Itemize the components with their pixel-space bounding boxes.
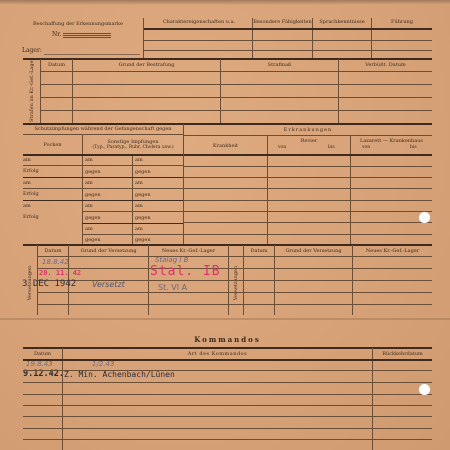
punish-row-line <box>40 97 432 98</box>
commandos-header-rule <box>23 359 432 361</box>
transfer-date-handwritten: 18.8.42 <box>42 258 69 266</box>
commandos-row-line <box>23 382 432 383</box>
illness-header-rule <box>184 154 432 156</box>
illness-divider <box>350 135 351 244</box>
vacc-header-rule <box>23 154 183 156</box>
commandos-title: Kommandos <box>23 337 432 343</box>
punish-divider <box>40 59 41 124</box>
transfer-date-red-stamp: 20. 11. 42 <box>39 269 81 277</box>
camp-dotted-line <box>44 54 140 55</box>
punish-side-label: Strafen im Kr.-Gef.-Lager <box>29 62 35 122</box>
transfer-right-col-reason: Grund der Versetzung <box>275 248 352 254</box>
transfer-camp-new: St. VI A <box>158 283 187 292</box>
col-character-label: Charaktereigenschaften u.a. <box>146 19 252 25</box>
col-abilities-label: Besondere Fähigkeiten <box>253 19 312 25</box>
illness-row-line <box>184 234 432 235</box>
card-fold-line <box>0 318 450 320</box>
illness-row-line <box>184 188 432 189</box>
col-penalty-label: Strafmaß <box>221 62 338 68</box>
vacc-am-2b: am <box>85 180 93 186</box>
transfer-date-stamp: 3 DEC 1942 <box>22 279 76 289</box>
punch-hole <box>419 212 430 223</box>
camp-label: Lager: <box>22 48 42 54</box>
transfer-camp-handwritten: Stalag I B <box>155 256 188 264</box>
commandos-row-line <box>23 394 432 395</box>
punish-row-line <box>40 84 432 85</box>
vacc-row-line <box>23 188 183 189</box>
vacc-am-2c: am <box>135 180 143 186</box>
vacc-gegen-3c: gegen <box>135 215 151 221</box>
vacc-am-3b: am <box>85 203 93 209</box>
tag-nr-label: Nr. <box>52 32 61 38</box>
commando-note-handwritten: 1/2.43 <box>92 360 114 368</box>
vacc-gegen-2c: gegen <box>135 192 151 198</box>
commandos-col-kind: Art des Kommandos <box>63 351 372 357</box>
punish-row-line <box>40 110 432 111</box>
vacc-gegen-1c: gegen <box>135 169 151 175</box>
commandos-row-line <box>23 370 432 371</box>
transfers-right-side-label: Versetzungen <box>233 258 239 308</box>
vacc-row-line <box>82 223 183 224</box>
transfer-row-line <box>37 304 432 305</box>
col-languages-label: Sprachkenntnisse <box>313 19 371 25</box>
punch-hole <box>419 384 430 395</box>
punish-row-line <box>40 71 432 72</box>
transfer-row-line <box>37 292 432 293</box>
vacc-am-4c: am <box>135 226 143 232</box>
section-rule <box>23 58 432 60</box>
header-divider <box>143 18 144 58</box>
col-sickbay-to: bis <box>328 145 335 151</box>
col-sickbay-from: von <box>278 145 286 151</box>
index-card: Beschaffung der Erkennungsmarke Nr. Lage… <box>0 0 450 450</box>
nr-line <box>63 35 111 36</box>
col-hospital-from: von <box>362 145 370 151</box>
header-rule <box>144 28 432 30</box>
col-hospital-to: bis <box>410 145 417 151</box>
transfer-camp-stamp: Stal. IB <box>150 264 221 279</box>
vacc-am-3: am <box>23 203 31 209</box>
col-other-sub-label: (Typ., Paratyp., Ruhr, Cholera usw.) <box>83 145 183 151</box>
vacc-row-line <box>82 234 183 235</box>
col-reason-label: Grund der Bestrafung <box>73 62 220 68</box>
vacc-erfolg-3: Erfolg <box>23 214 39 220</box>
col-conduct-label: Führung <box>372 19 432 25</box>
vacc-am-3c: am <box>135 203 143 209</box>
nr-line <box>63 33 111 34</box>
illness-row-line <box>184 211 432 212</box>
col-sickbay-label: Revier <box>268 138 350 144</box>
punish-divider <box>72 59 73 124</box>
commando-kind: Z. Min. Achenbach/Lünen <box>64 370 175 379</box>
vacc-gegen-2b: gegen <box>85 192 101 198</box>
commandos-col-date: Datum <box>23 351 62 357</box>
punish-divider <box>338 59 339 124</box>
transfer-right-col-date: Datum <box>244 248 274 254</box>
col-illness-label: Krankheit <box>184 143 267 149</box>
header-row-line <box>144 50 432 51</box>
vacc-row-line <box>23 177 183 178</box>
vacc-am-1c: am <box>135 157 143 163</box>
vacc-gegen-4b: gegen <box>85 237 101 243</box>
vacc-gegen-4c: gegen <box>135 237 151 243</box>
transfer-col-camp: Neues Kr.-Gef.-Lager <box>149 248 228 254</box>
commandos-divider <box>372 348 373 450</box>
vacc-row-line <box>23 200 183 201</box>
illnesses-title: Erkrankungen <box>184 127 432 133</box>
vacc-am-1: am <box>23 157 31 163</box>
transfer-col-reason: Grund der Versetzung <box>69 248 148 254</box>
vacc-divider <box>183 124 184 244</box>
illness-row-line <box>184 166 432 167</box>
transfer-reason: Versetzt <box>92 280 125 289</box>
col-date-label: Datum <box>41 62 72 68</box>
illness-row-line <box>184 177 432 178</box>
header-row-line <box>144 40 432 41</box>
commandos-row-line <box>23 428 432 429</box>
vacc-erfolg-1: Erfolg <box>23 168 39 174</box>
illness-row-line <box>184 200 432 201</box>
vacc-am-2: am <box>23 180 31 186</box>
section-rule <box>23 123 432 125</box>
col-hospital-label: Lazarett — Krankenhaus <box>351 138 432 144</box>
col-pocken-label: Pocken <box>23 142 82 148</box>
illness-rule <box>184 135 432 136</box>
vacc-row-line <box>23 165 183 166</box>
vacc-gegen-1b: gegen <box>85 169 101 175</box>
vacc-gegen-3b: gegen <box>85 215 101 221</box>
illness-row-line <box>184 222 432 223</box>
transfer-right-col-camp: Neues Kr.-Gef.-Lager <box>353 248 432 254</box>
vacc-erfolg-2: Erfolg <box>23 191 39 197</box>
vacc-row-line <box>82 211 183 212</box>
vacc-am-4b: am <box>85 226 93 232</box>
transfer-col-date: Datum <box>38 248 68 254</box>
tag-procurement-label: Beschaffung der Erkennungsmarke <box>33 21 123 27</box>
vacc-am-1b: am <box>85 157 93 163</box>
col-served-label: Verbüßt. Datum <box>339 62 432 68</box>
transfer-row-line <box>37 256 432 257</box>
transfer-row-line <box>37 268 432 269</box>
punish-divider <box>220 59 221 124</box>
commandos-row-line <box>23 405 432 406</box>
vacc-rule <box>23 134 183 135</box>
illness-divider <box>267 135 268 244</box>
nr-line <box>63 37 111 38</box>
commandos-row-line <box>23 439 432 440</box>
commandos-col-return: Rückkehrdatum <box>373 351 432 357</box>
commandos-rule <box>23 347 432 349</box>
top-edge-shadow <box>0 0 450 5</box>
commandos-row-line <box>23 416 432 417</box>
commando-date-handwritten: 19.8.43 <box>26 360 53 368</box>
commandos-divider <box>62 348 63 450</box>
vaccinations-title: Schutzimpfungen während der Gefangenscha… <box>23 126 183 132</box>
